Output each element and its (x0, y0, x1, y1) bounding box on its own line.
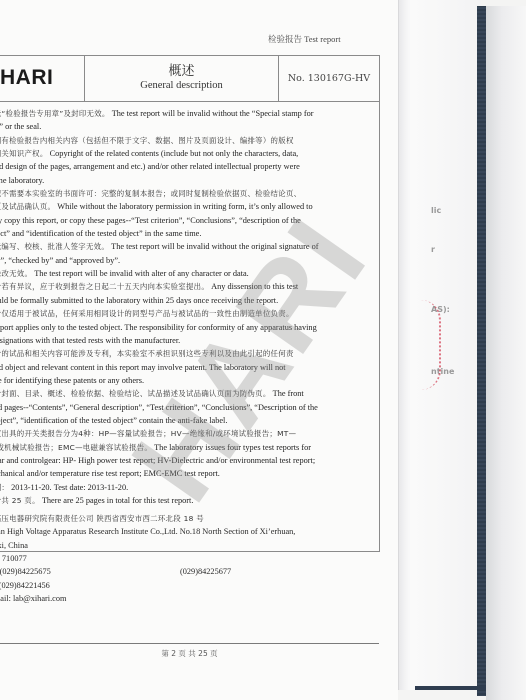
statement-line: ested object and relevant content in thi… (0, 361, 376, 374)
header-caption: 检验报告 Test report (268, 33, 341, 45)
header-table-row: HARI 概述 General description No. 130167G-… (0, 55, 379, 102)
statement-line: d by”, “checked by” and “approved by”. (0, 254, 376, 267)
binder-bottom-edge (415, 686, 486, 690)
statement-en: There are 25 pages in total for this tes… (42, 496, 194, 505)
contact-block: 安高压电器研究院有限责任公司 陕西省西安市西二环北段 18 号 Xi’an Hi… (0, 512, 376, 605)
statement-en: should be formally submitted to the labo… (0, 296, 278, 305)
statement-en: ested object and relevant content in thi… (0, 363, 286, 372)
telephone: L. : (029)84225675 (0, 565, 51, 578)
binder-outer-edge (486, 6, 526, 700)
binder-spine (477, 6, 486, 696)
statement-line: e designations with that tested rests wi… (0, 334, 376, 347)
zip-code: Zip: 710077 (0, 552, 376, 565)
logo-cell: HARI (0, 55, 85, 101)
telephone-2: (029)84225677 (180, 565, 231, 578)
statement-en: s and design of the pages, arrangement a… (0, 162, 300, 171)
statement-line: s and design of the pages, arrangement a… (0, 160, 376, 173)
statement-cn: 述页及试品确认页。 (0, 202, 55, 211)
statement-line: should be formally submitted to the labo… (0, 294, 376, 307)
statement-line: sible for identifying these patents or a… (0, 374, 376, 387)
page-title-cn: 概述 (168, 63, 194, 79)
statement-en: The test report will be invalid with alt… (34, 269, 248, 278)
report-number: No. 130167G-HV (279, 55, 379, 101)
red-seal-stamp-edge (421, 300, 441, 390)
statement-en: sible for identifying these patents or a… (0, 376, 144, 385)
organization-name-cn: 安高压电器研究院有限责任公司 陕西省西安市西二环北段 18 号 (0, 512, 376, 525)
organization-location: aanxi, China (0, 539, 376, 552)
statement-line: 报告封面、目录、概述、检验依据、检验结论、试品描述及试品确认页面为防伪页。 Th… (0, 387, 376, 400)
statement-line: 日期： 2013-11-20. Test date: 2013-11-20. (0, 481, 376, 494)
statement-cn: 他相关知识产权。 (0, 149, 48, 158)
statement-line: 室拥有检验报告内相关内容（包括但不限于文字、数据、图片及页面设计、编排等）的版权 (0, 134, 376, 147)
statement-line: st report applies only to the tested obj… (0, 321, 376, 334)
email: E-mail: lab@xihari.com (0, 592, 376, 605)
statement-line: hgear and controlgear: HP- High power te… (0, 454, 376, 467)
page-title-en: General description (140, 79, 223, 93)
statement-line: 和/或机械试验报告；EMC—电磁兼容试验报告。 The laboratory i… (0, 441, 376, 454)
statement-line: , and pages--“Contents”, “General descri… (0, 401, 376, 414)
statement-line: 他相关知识产权。 Copyright of the related conten… (0, 147, 376, 160)
statement-cn: 日期： (0, 483, 9, 492)
organization-name-en: Xi’an High Voltage Apparatus Research In… (0, 525, 376, 538)
title-cell: 概述 General description (85, 55, 279, 101)
statement-line: 情况不需要本实验室的书面许可：完整的复制本报告；或同时复制检验依据页、检验结论页… (0, 187, 376, 200)
statement-en: hgear and controlgear: HP- High power te… (0, 456, 315, 465)
statement-en: object” and “identification of the teste… (0, 229, 201, 238)
statement-en: etely copy this report, or copy these pa… (0, 216, 301, 225)
statement-line: d object”, “identification of the tested… (0, 414, 376, 427)
statement-cn: 告无编写、校核、批准人签字无效。 (0, 242, 109, 251)
bleed-text-fragment: r (431, 245, 435, 254)
statement-en: While without the laboratory permission … (57, 202, 312, 211)
statement-en: Copyright of the related contents (inclu… (50, 149, 299, 158)
statement-en: The test report will be invalid without … (112, 109, 314, 118)
statement-en: The laboratory issues four types test re… (154, 443, 311, 452)
statement-en: Mechanical and/or temperature rise test … (0, 469, 220, 478)
statement-line: 述页及试品确认页。 While without the laboratory p… (0, 200, 376, 213)
statement-line: by the laboratory. (0, 174, 376, 187)
report-page: 检验报告 Test report HARI 概述 General descrip… (0, 0, 398, 700)
bleed-text-fragment: lic (431, 206, 441, 215)
statement-en: Any dissension to this test (211, 282, 298, 291)
statement-line: 报告若有异议，应于收到报告之日起二十五天内向本实验室提出。 Any dissen… (0, 280, 376, 293)
statement-en: 2013-11-20. Test date: 2013-11-20. (11, 483, 128, 492)
statement-cn: 报告共 25 页。 (0, 496, 40, 505)
binder-underlying-page: lic r AS): ntine (398, 0, 481, 690)
statement-en: , and pages--“Contents”, “General descri… (0, 403, 318, 412)
statement-line: 验室出具的开关类报告分为4种：HP—容量试验报告；HV—绝缘和/或环境试验报告；… (0, 427, 376, 440)
statement-line: etely copy this report, or copy these pa… (0, 214, 376, 227)
statement-en: d by”, “checked by” and “approved by”. (0, 256, 120, 265)
page-number: 第 2 页 共 25 页 (0, 648, 379, 659)
statement-list: 告无“检验报告专用章”及封印无效。 The test report will b… (0, 107, 376, 507)
statement-en: d object”, “identification of the tested… (0, 416, 227, 425)
statement-en: The front (273, 389, 304, 398)
statement-cn: 情况不需要本实验室的书面许可：完整的复制本报告；或同时复制检验依据页、检验结论页… (0, 189, 301, 198)
statement-en: The test report will be invalid without … (111, 242, 318, 251)
telephone-row: L. : (029)84225675 (029)84225677 (0, 565, 376, 578)
statement-en: e designations with that tested rests wi… (0, 336, 180, 345)
statement-cn: 报告封面、目录、概述、检验依据、检验结论、试品描述及试品确认页面为防伪页。 (0, 389, 271, 398)
statement-cn: 报告的试品和相关内容可能涉及专利，本实验室不承担识别这些专利以及由此引起的任何责 (0, 349, 294, 358)
statement-cn: 验室出具的开关类报告分为4种：HP—容量试验报告；HV—绝缘和/或环境试验报告；… (0, 429, 296, 438)
statement-line: object” and “identification of the teste… (0, 227, 376, 240)
statement-line: Mechanical and/or temperature rise test … (0, 467, 376, 480)
statement-line: 告无编写、校核、批准人签字无效。 The test report will be… (0, 240, 376, 253)
statement-line: 告无“检验报告专用章”及封印无效。 The test report will b… (0, 107, 376, 120)
statement-line: 报告仅适用于被试品，任何采用相同设计的同型号产品与被试品的一致性由制造单位负责。 (0, 307, 376, 320)
statement-cn: 报告若有异议，应于收到报告之日起二十五天内向本实验室提出。 (0, 282, 209, 291)
footer-divider (0, 643, 379, 644)
statement-line: 报告共 25 页。 There are 25 pages in total fo… (0, 494, 376, 507)
statement-cn: 和/或机械试验报告；EMC—电磁兼容试验报告。 (0, 443, 152, 452)
statement-en: port” or the seal. (0, 122, 41, 131)
fax: x. : (029)84221456 (0, 579, 376, 592)
statement-line: 报告的试品和相关内容可能涉及专利，本实验室不承担识别这些专利以及由此引起的任何责 (0, 347, 376, 360)
statement-line: port” or the seal. (0, 120, 376, 133)
statement-en: st report applies only to the tested obj… (0, 323, 317, 332)
hari-logo: HARI (0, 66, 53, 90)
statement-cn: 报告仅适用于被试品，任何采用相同设计的同型号产品与被试品的一致性由制造单位负责。 (0, 309, 294, 318)
statement-en: by the laboratory. (0, 176, 44, 185)
statement-cn: 室拥有检验报告内相关内容（包括但不限于文字、数据、图片及页面设计、编排等）的版权 (0, 136, 294, 145)
statement-cn: 告无“检验报告专用章”及封印无效。 (0, 109, 110, 118)
statement-cn: 告涂改无效。 (0, 269, 32, 278)
statement-line: 告涂改无效。 The test report will be invalid w… (0, 267, 376, 280)
